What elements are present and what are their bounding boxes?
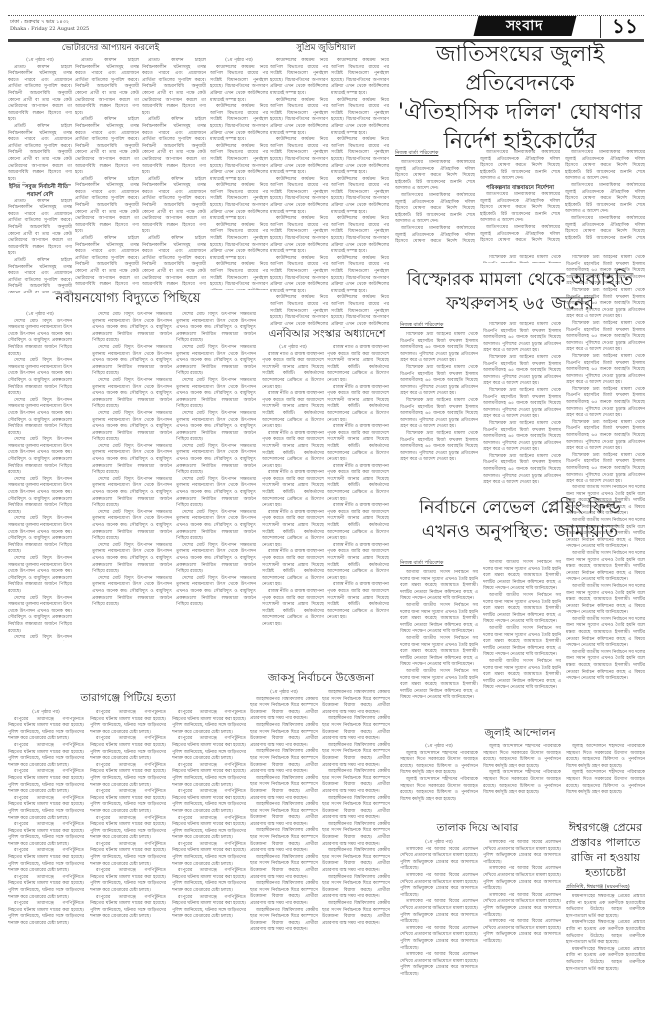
- body-text: দেশের মোট বিদ্যুৎ উৎপাদন সক্ষমতার তুলনায…: [8, 358, 72, 398]
- body-text: দেশের মোট বিদ্যুৎ উৎপাদন সক্ষমতার তুলনায…: [92, 345, 172, 378]
- body-text: রংপুরের তারাগঞ্জে গণপিটুনিতে নিহতের ঘটনা…: [8, 717, 84, 743]
- body-text: জাতিসংঘের মানবাধিকার কার্যালয়ের জুলাই প…: [565, 216, 645, 242]
- body-text: জাহাঙ্গীরনগর বিশ্ববিদ্যালয় কেন্দ্রীয় ছ…: [250, 723, 318, 749]
- body-text: রংপুরের তারাগঞ্জে গণপিটুনিতে নিহতের ঘটনা…: [90, 710, 166, 736]
- body-text: রাজস্ব নীতি ও রাজস্ব ব্যবস্থাপনা পৃথক কর…: [262, 510, 324, 550]
- body-text: প্রতিটি কমিশন চাইলে নির্বাচনকালীন ঘটনাসম…: [8, 124, 72, 183]
- article-body: তালাকের পর আবার বিয়ের প্রলোভন দেখিয়ে প…: [483, 840, 561, 970]
- article-renewable-col3: দেশের মোট বিদ্যুৎ উৎপাদন সক্ষমতার তুলনায…: [176, 312, 256, 642]
- article-level-field-col2: আগামী জাতীয় সংসদ নির্বাচনে সব দলের জন্য…: [483, 560, 561, 720]
- body-text: জাহাঙ্গীরনগর বিশ্ববিদ্যালয় কেন্দ্রীয় ছ…: [250, 908, 318, 934]
- body-text: জাতিসংঘের মানবাধিকার কার্যালয়ের জুলাই প…: [395, 193, 475, 226]
- body-text: জুলাই আন্দোলনে শহীদদের পরিবারকে সহায়তা …: [483, 770, 561, 796]
- article-body: জাতিসংঘের মানবাধিকার কার্যালয়ের জুলাই প…: [395, 160, 475, 244]
- article-body: বিস্ফোরক দ্রব্য আইনের মামলা থেকে বিএনপি …: [566, 255, 645, 485]
- article-renewable-col1: (১ম পৃষ্ঠার পর) দেশের মোট বিদ্যুৎ উৎপাদন…: [8, 312, 72, 642]
- headline-line: রাজি না হওয়ায়: [566, 850, 645, 865]
- article-taraganj-col2: রংপুরের তারাগঞ্জে গণপিটুনিতে নিহতের ঘটনা…: [90, 710, 166, 1005]
- body-text: জাতিসংঘের মানবাধিকার কার্যালয়ের জুলাই প…: [565, 183, 645, 216]
- body-text: ময়মনসিংহের ঈশ্বরগঞ্জে প্রেমের প্রস্তাবে…: [566, 947, 645, 973]
- article-voters-col3: প্রতিটি কমিশন চাইলে নির্বাচনকালীন ঘটনাসম…: [142, 58, 206, 288]
- article-body: আগামী জাতীয় সংসদ নির্বাচনে সব দলের জন্য…: [566, 485, 645, 720]
- article-body: জুলাই আন্দোলনে শহীদদের পরিবারকে সহায়তা …: [566, 744, 645, 816]
- body-text: কাউন্সিলের কার্যক্রম নিয়ে আপিল বিভাগের …: [270, 98, 328, 138]
- article-body: রাজস্ব নীতি ও রাজস্ব ব্যবস্থাপনা পৃথক কর…: [327, 345, 389, 635]
- body-text: জুলাই আন্দোলনে শহীদদের পরিবারকে সহায়তা …: [400, 777, 478, 803]
- continued-note: (১ম পৃষ্ঠার পর): [250, 690, 318, 697]
- body-text: বিস্ফোরক দ্রব্য আইনের মামলা থেকে বিএনপি …: [483, 388, 561, 421]
- body-text: জাতিসংঘের মানবাধিকার কার্যালয়ের জুলাই প…: [480, 225, 560, 242]
- body-text: রংপুরের তারাগঞ্জে গণপিটুনিতে নিহতের ঘটনা…: [8, 796, 84, 822]
- body-text: বিস্ফোরক দ্রব্য আইনের মামলা থেকে বিএনপি …: [483, 255, 561, 263]
- article-jucsu-col2: জাহাঙ্গীরনগর বিশ্ববিদ্যালয় কেন্দ্রীয় ছ…: [322, 690, 390, 1005]
- body-text: রাজস্ব নীতি ও রাজস্ব ব্যবস্থাপনা পৃথক কর…: [262, 549, 324, 589]
- article-divorce-headline: তালাক দিয়ে আবার: [395, 822, 560, 834]
- body-text: রাজস্ব নীতি ও রাজস্ব ব্যবস্থাপনা পৃথক কর…: [262, 431, 324, 471]
- body-text: বিস্ফোরক দ্রব্য আইনের মামলা থেকে বিএনপি …: [566, 288, 645, 321]
- body-text: রংপুরের তারাগঞ্জে গণপিটুনিতে নিহতের ঘটনা…: [90, 842, 166, 868]
- body-text: রংপুরের তারাগঞ্জে গণপিটুনিতে নিহতের ঘটনা…: [172, 842, 246, 868]
- article-voters-headline: ভোটারদের আপ্যায়ন করলেই: [8, 44, 213, 54]
- article-body: রংপুরের তারাগঞ্জে গণপিটুনিতে নিহতের ঘটনা…: [90, 710, 166, 1005]
- body-text: জাহাঙ্গীরনগর বিশ্ববিদ্যালয় কেন্দ্রীয় ছ…: [250, 776, 318, 802]
- dateline: ঢাকা : শুক্রবার ৭ ভাদ্র ১৪৩২ Dhaka : Fri…: [10, 19, 89, 33]
- article-body: জাতিসংঘের মানবাধিকার কার্যালয়ের জুলাই প…: [565, 150, 645, 242]
- article-jucsu-col1: (১ম পৃষ্ঠার পর) জাহাঙ্গীরনগর বিশ্ববিদ্যা…: [250, 690, 318, 1005]
- newspaper-logo: সংবাদ: [474, 16, 577, 36]
- article-nbr-headline: এনবিআর সংস্কার অধ্যাদেশে: [262, 328, 392, 340]
- body-text: কাউন্সিলের কার্যক্রম নিয়ে আপিল বিভাগের …: [331, 98, 389, 138]
- byline: প্রতিনিধি, ঈশ্বরগঞ্জ (ময়মনসিংহ): [566, 884, 645, 892]
- article-taraganj-col3: রংপুরের তারাগঞ্জে গণপিটুনিতে নিহতের ঘটনা…: [172, 710, 246, 1005]
- body-text: কাউন্সিলের কার্যক্রম নিয়ে আপিল বিভাগের …: [331, 177, 389, 217]
- body-text: জুলাই আন্দোলনে শহীদদের পরিবারকে সহায়তা …: [566, 770, 645, 796]
- body-text: জাহাঙ্গীরনগর বিশ্ববিদ্যালয় কেন্দ্রীয় ছ…: [250, 855, 318, 881]
- headline-line: 'ঐতিহাসিক দলিল' ঘোষণার: [395, 98, 645, 127]
- body-text: কাউন্সিলের কার্যক্রম নিয়ে আপিল বিভাগের …: [331, 216, 389, 256]
- article-ishwarganj-body: প্রতিনিধি, ঈশ্বরগঞ্জ (ময়মনসিংহ) ময়মনসি…: [566, 884, 645, 984]
- body-text: কাউন্সিলের কার্যক্রম নিয়ে আপিল বিভাগের …: [270, 137, 328, 177]
- body-text: আগামী জাতীয় সংসদ নির্বাচনে সব দলের জন্য…: [566, 485, 645, 518]
- continued-note: (১ম পৃষ্ঠার পর): [262, 345, 324, 352]
- page-number: ১১: [612, 15, 638, 37]
- body-text: জুলাই আন্দোলনে শহীদদের পরিবারকে সহায়তা …: [483, 744, 561, 770]
- body-text: আগামী জাতীয় সংসদ নির্বাচনে সব দলের জন্য…: [566, 551, 645, 584]
- article-body: জাহাঙ্গীরনগর বিশ্ববিদ্যালয় কেন্দ্রীয় ছ…: [322, 690, 390, 1005]
- continued-note: (১ম পৃষ্ঠার পর): [8, 58, 72, 65]
- body-text: কাউন্সিলের কার্যক্রম নিয়ে আপিল বিভাগের …: [270, 295, 328, 328]
- body-text: কাউন্সিলের কার্যক্রম নিয়ে আপিল বিভাগের …: [270, 256, 328, 296]
- article-renewable-headline: নবায়নযোগ্য বিদ্যুতে পিছিয়ে: [8, 292, 248, 307]
- body-text: জাহাঙ্গীরনগর বিশ্ববিদ্যালয় কেন্দ্রীয় ছ…: [322, 901, 390, 927]
- body-text: প্রতিটি কমিশন চাইলে নির্বাচনকালীন ঘটনাসম…: [75, 177, 139, 236]
- body-text: রাজস্ব নীতি ও রাজস্ব ব্যবস্থাপনা পৃথক কর…: [327, 385, 389, 425]
- body-text: রাজস্ব নীতি ও রাজস্ব ব্যবস্থাপনা পৃথক কর…: [262, 352, 324, 392]
- body-text: রংপুরের তারাগঞ্জে গণপিটুনিতে নিহতের ঘটনা…: [90, 736, 166, 762]
- body-text: কাউন্সিলের কার্যক্রম নিয়ে আপিল বিভাগের …: [210, 144, 268, 184]
- continued-note: (১ম পৃষ্ঠার পর): [400, 744, 478, 751]
- article-nbr-col2: রাজস্ব নীতি ও রাজস্ব ব্যবস্থাপনা পৃথক কর…: [327, 345, 389, 635]
- body-text: বিস্ফোরক দ্রব্য আইনের মামলা থেকে বিএনপি …: [566, 420, 645, 453]
- article-body: দেশের মোট বিদ্যুৎ উৎপাদন সক্ষমতার তুলনায…: [176, 312, 256, 642]
- article-body: কাউন্সিলের কার্যক্রম নিয়ে আপিল বিভাগের …: [331, 58, 389, 328]
- body-text: দেশের মোট বিদ্যুৎ উৎপাদন সক্ষমতার তুলনায…: [176, 543, 256, 576]
- body-text: প্রতিটি কমিশন চাইলে নির্বাচনকালীন ঘটনাসম…: [142, 58, 206, 117]
- article-body: জাহাঙ্গীরনগর বিশ্ববিদ্যালয় কেন্দ্রীয় ছ…: [250, 697, 318, 1004]
- body-text: দেশের মোট বিদ্যুৎ উৎপাদন সক্ষমতার তুলনায…: [176, 510, 256, 543]
- article-blast-col1: নিজস্ব বার্তা পরিবেশক বিস্ফোরক দ্রব্য আই…: [400, 322, 478, 484]
- body-text: কাউন্সিলের কার্যক্রম নিয়ে আপিল বিভাগের …: [331, 137, 389, 177]
- article-body: কাউন্সিলের কার্যক্রম নিয়ে আপিল বিভাগের …: [210, 65, 268, 290]
- body-text: দেশের মোট বিদ্যুৎ উৎপাদন সক্ষমতার তুলনায…: [92, 378, 172, 411]
- article-body: প্রতিটি কমিশন চাইলে নির্বাচনকালীন ঘটনাসম…: [8, 65, 72, 183]
- body-text: দেশের মোট বিদ্যুৎ উৎপাদন সক্ষমতার তুলনায…: [176, 312, 256, 345]
- article-body: প্রতিটি কমিশন চাইলে নির্বাচনকালীন ঘটনাসম…: [142, 58, 206, 288]
- article-voters-col1: (১ম পৃষ্ঠার পর) প্রতিটি কমিশন চাইলে নির্…: [8, 58, 72, 288]
- body-text: কাউন্সিলের কার্যক্রম নিয়ে আপিল বিভাগের …: [270, 216, 328, 256]
- body-text: রংপুরের তারাগঞ্জে গণপিটুনিতে নিহতের ঘটনা…: [90, 789, 166, 815]
- body-text: কাউন্সিলের কার্যক্রম নিয়ে আপিল বিভাগের …: [331, 58, 389, 98]
- body-text: রংপুরের তারাগঞ্জে গণপিটুনিতে নিহতের ঘটনা…: [172, 868, 246, 894]
- body-text: জাতিসংঘের মানবাধিকার কার্যালয়ের জুলাই প…: [395, 226, 475, 244]
- body-text: প্রতিটি কমিশন চাইলে নির্বাচনকালীন ঘটনাসম…: [8, 258, 72, 293]
- body-text: জাহাঙ্গীরনগর বিশ্ববিদ্যালয় কেন্দ্রীয় ছ…: [322, 743, 390, 769]
- body-text: প্রতিটি কমিশন চাইলে নির্বাচনকালীন ঘটনাসম…: [8, 199, 72, 258]
- article-jucsu-headline: জাকসু নির্বাচনে উত্তেজনা: [250, 672, 392, 684]
- body-text: প্রতিটি কমিশন চাইলে নির্বাচনকালীন ঘটনাসম…: [142, 177, 206, 236]
- byline: নিজস্ব বার্তা পরিবেশক: [400, 560, 478, 568]
- body-text: জাহাঙ্গীরনগর বিশ্ববিদ্যালয় কেন্দ্রীয় ছ…: [322, 769, 390, 795]
- body-text: দেশের মোট বিদ্যুৎ উৎপাদন সক্ষমতার তুলনায…: [176, 576, 256, 609]
- continued-note: (১ম পৃষ্ঠার পর): [8, 312, 72, 319]
- body-text: প্রতিটি কমিশন চাইলে নির্বাচনকালীন ঘটনাসম…: [75, 236, 139, 288]
- body-text: আগামী জাতীয় সংসদ নির্বাচনে সব দলের জন্য…: [483, 626, 561, 659]
- body-text: বিস্ফোরক দ্রব্য আইনের মামলা থেকে বিএনপি …: [400, 431, 478, 464]
- body-text: জাহাঙ্গীরনগর বিশ্ববিদ্যালয় কেন্দ্রীয় ছ…: [322, 848, 390, 874]
- body-text: রাজস্ব নীতি ও রাজস্ব ব্যবস্থাপনা পৃথক কর…: [327, 464, 389, 504]
- article-july-movement-headline: জুলাই আন্দোলন: [395, 727, 645, 739]
- article-body: প্রতিটি কমিশন চাইলে নির্বাচনকালীন ঘটনাসম…: [8, 199, 72, 293]
- logo-text: সংবাদ: [506, 16, 543, 36]
- article-supreme-col3: কাউন্সিলের কার্যক্রম নিয়ে আপিল বিভাগের …: [331, 58, 389, 328]
- article-level-field-col1: নিজস্ব বার্তা পরিবেশক আগামী জাতীয় সংসদ …: [400, 560, 478, 720]
- body-text: দেশের মোট বিদ্যুৎ উৎপাদন সক্ষমতার তুলনায…: [92, 444, 172, 477]
- body-text: জাতিসংঘের মানবাধিকার কার্যালয়ের জুলাই প…: [565, 150, 645, 183]
- body-text: দেশের মোট বিদ্যুৎ উৎপাদন সক্ষমতার তুলনায…: [8, 319, 72, 359]
- headline-line: হত্যাচেষ্টা: [566, 865, 645, 880]
- body-text: জাহাঙ্গীরনগর বিশ্ববিদ্যালয় কেন্দ্রীয় ছ…: [322, 690, 390, 716]
- body-text: দেশের মোট বিদ্যুৎ উৎপাদন সক্ষমতার তুলনায…: [8, 516, 72, 556]
- article-un-report-col1: নিজস্ব বার্তা পরিবেশক জাতিসংঘের মানবাধিক…: [395, 150, 475, 242]
- body-text: জুলাই আন্দোলনে শহীদদের পরিবারকে সহায়তা …: [400, 751, 478, 777]
- article-un-report-col2: জাতিসংঘের মানবাধিকার কার্যালয়ের জুলাই প…: [480, 150, 560, 242]
- body-text: রংপুরের তারাগঞ্জে গণপিটুনিতে নিহতের ঘটনা…: [172, 895, 246, 921]
- body-text: জাহাঙ্গীরনগর বিশ্ববিদ্যালয় কেন্দ্রীয় ছ…: [322, 822, 390, 848]
- body-text: জাতিসংঘের মানবাধিকার কার্যালয়ের জুলাই প…: [480, 192, 560, 225]
- article-supreme-judicial-headline: সুপ্রিম জুডিশিয়াল: [262, 44, 390, 54]
- body-text: রাজস্ব নীতি ও রাজস্ব ব্যবস্থাপনা পৃথক কর…: [327, 424, 389, 464]
- body-text: বিস্ফোরক দ্রব্য আইনের মামলা থেকে বিএনপি …: [483, 421, 561, 454]
- body-text: ময়মনসিংহের ঈশ্বরগঞ্জে প্রেমের প্রস্তাবে…: [566, 920, 645, 946]
- body-text: রাজস্ব নীতি ও রাজস্ব ব্যবস্থাপনা পৃথক কর…: [327, 503, 389, 543]
- body-text: বিস্ফোরক দ্রব্য আইনের মামলা থেকে বিএনপি …: [566, 453, 645, 485]
- body-text: দেশের মোট বিদ্যুৎ উৎপাদন সক্ষমতার তুলনায…: [92, 543, 172, 576]
- body-text: তালাকের পর আবার বিয়ের প্রলোভন দেখিয়ে প…: [400, 873, 478, 899]
- body-text: রংপুরের তারাগঞ্জে গণপিটুনিতে নিহতের ঘটনা…: [172, 789, 246, 815]
- body-text: জাহাঙ্গীরনগর বিশ্ববিদ্যালয় কেন্দ্রীয় ছ…: [322, 875, 390, 901]
- continued-note: (১ম পৃষ্ঠার পর): [8, 710, 84, 717]
- body-text: দেশের মোট বিদ্যুৎ উৎপাদন সক্ষমতার তুলনায…: [92, 312, 172, 345]
- article-body: বিস্ফোরক দ্রব্য আইনের মামলা থেকে বিএনপি …: [483, 322, 561, 484]
- dateline-english: Dhaka : Friday 22 August 2025: [10, 26, 89, 33]
- article-blast-col3: বিস্ফোরক দ্রব্য আইনের মামলা থেকে বিএনপি …: [566, 255, 645, 485]
- body-text: প্রতিটি কমিশন চাইলে নির্বাচনকালীন ঘটনাসম…: [142, 117, 206, 176]
- article-ishwarganj-headline: ঈশ্বরগঞ্জে প্রেমের প্রস্তাবঃ পালাতে রাজি…: [566, 820, 645, 880]
- article-body: রংপুরের তারাগঞ্জে গণপিটুনিতে নিহতের ঘটনা…: [8, 717, 84, 1004]
- article-body: বিস্ফোরক দ্রব্য আইনের মামলা থেকে বিএনপি …: [483, 255, 561, 263]
- article-body: জাতিসংঘের মানবাধিকার কার্যালয়ের জুলাই প…: [480, 150, 560, 184]
- body-text: জাতিসংঘের মানবাধিকার কার্যালয়ের জুলাই প…: [480, 150, 560, 183]
- body-text: রংপুরের তারাগঞ্জে গণপিটুনিতে নিহতের ঘটনা…: [8, 901, 84, 927]
- article-body: জাতিসংঘের মানবাধিকার কার্যালয়ের জুলাই প…: [480, 192, 560, 242]
- body-text: দেশের মোট বিদ্যুৎ উৎপাদন সক্ষমতার তুলনায…: [176, 477, 256, 510]
- article-nbr-col1: (১ম পৃষ্ঠার পর) রাজস্ব নীতি ও রাজস্ব ব্য…: [262, 345, 324, 635]
- headline-line: প্রস্তাবঃ পালাতে: [566, 835, 645, 850]
- body-text: কাউন্সিলের কার্যক্রম নিয়ে আপিল বিভাগের …: [270, 58, 328, 98]
- body-text: কাউন্সিলের কার্যক্রম নিয়ে আপিল বিভাগের …: [210, 183, 268, 223]
- article-body: ময়মনসিংহের ঈশ্বরগঞ্জে প্রেমের প্রস্তাবে…: [566, 894, 645, 986]
- body-text: আগামী জাতীয় সংসদ নির্বাচনে সব দলের জন্য…: [566, 584, 645, 617]
- body-text: তালাকের পর আবার বিয়ের প্রলোভন দেখিয়ে প…: [483, 840, 561, 866]
- body-text: প্রতিটি কমিশন চাইলে নির্বাচনকালীন ঘটনাসম…: [142, 236, 206, 288]
- body-text: প্রতিটি কমিশন চাইলে নির্বাচনকালীন ঘটনাসম…: [8, 65, 72, 124]
- byline: নিজস্ব বার্তা পরিবেশক: [395, 150, 475, 158]
- body-text: রাজস্ব নীতি ও রাজস্ব ব্যবস্থাপনা পৃথক কর…: [327, 345, 389, 385]
- body-text: বিস্ফোরক দ্রব্য আইনের মামলা থেকে বিএনপি …: [483, 322, 561, 355]
- body-text: দেশের মোট বিদ্যুৎ উৎপাদন সক্ষমতার তুলনায…: [176, 444, 256, 477]
- body-text: আগামী জাতীয় সংসদ নির্বাচনে সব দলের জন্য…: [566, 617, 645, 650]
- article-divorce-col2: তালাকের পর আবার বিয়ের প্রলোভন দেখিয়ে প…: [483, 840, 561, 970]
- body-text: দেশের মোট বিদ্যুৎ উৎপাদন সক্ষমতার তুলনায…: [8, 477, 72, 517]
- body-text: রংপুরের তারাগঞ্জে গণপিটুনিতে নিহতের ঘটনা…: [8, 848, 84, 874]
- body-text: দেশের মোট বিদ্যুৎ উৎপাদন সক্ষমতার তুলনায…: [8, 596, 72, 636]
- continued-note: (১ম পৃষ্ঠার পর): [400, 840, 478, 847]
- continued-note: (১ম পৃষ্ঠার পর): [210, 58, 268, 65]
- body-text: জাহাঙ্গীরনগর বিশ্ববিদ্যালয় কেন্দ্রীয় ছ…: [250, 881, 318, 907]
- article-body: দেশের মোট বিদ্যুৎ উৎপাদন সক্ষমতার তুলনায…: [92, 312, 172, 642]
- dateline-bengali: ঢাকা : শুক্রবার ৭ ভাদ্র ১৪৩২: [10, 19, 89, 26]
- body-text: বিস্ফোরক দ্রব্য আইনের মামলা থেকে বিএনপি …: [400, 398, 478, 431]
- article-july-col2: জুলাই আন্দোলনে শহীদদের পরিবারকে সহায়তা …: [483, 744, 561, 816]
- body-text: আগামী জাতীয় সংসদ নির্বাচনে সব দলের জন্য…: [483, 560, 561, 593]
- body-text: তালাকের পর আবার বিয়ের প্রলোভন দেখিয়ে প…: [483, 866, 561, 892]
- body-text: রাজস্ব নীতি ও রাজস্ব ব্যবস্থাপনা পৃথক কর…: [327, 582, 389, 622]
- article-subheadline: পরিকল্পনার বাস্তবায়নে নির্দেশনা: [480, 184, 560, 192]
- body-text: বিস্ফোরক দ্রব্য আইনের মামলা থেকে বিএনপি …: [566, 387, 645, 420]
- body-text: প্রতিটি কমিশন চাইলে নির্বাচনকালীন ঘটনাসম…: [75, 117, 139, 176]
- article-july-col1: (১ম পৃষ্ঠার পর) জুলাই আন্দোলনে শহীদদের প…: [400, 744, 478, 816]
- article-supreme-col1: (১ম পৃষ্ঠার পর) কাউন্সিলের কার্যক্রম নিয…: [210, 58, 268, 290]
- body-text: দেশের মোট বিদ্যুৎ উৎপাদন সক্ষমতার তুলনায…: [8, 437, 72, 477]
- body-text: আগামী জাতীয় সংসদ নির্বাচনে সব দলের জন্য…: [400, 669, 478, 702]
- body-text: আগামী জাতীয় সংসদ নির্বাচনে সব দলের জন্য…: [400, 570, 478, 603]
- body-text: রংপুরের তারাগঞ্জে গণপিটুনিতে নিহতের ঘটনা…: [90, 763, 166, 789]
- body-text: দেশের মোট বিদ্যুৎ উৎপাদন সক্ষমতার তুলনায…: [176, 411, 256, 444]
- article-body: বিস্ফোরক দ্রব্য আইনের মামলা থেকে বিএনপি …: [400, 332, 478, 486]
- body-text: জুলাই আন্দোলনে শহীদদের পরিবারকে সহায়তা …: [566, 744, 645, 770]
- body-text: আগামী জাতীয় সংসদ নির্বাচনে সব দলের জন্য…: [400, 636, 478, 669]
- body-text: জাহাঙ্গীরনগর বিশ্ববিদ্যালয় কেন্দ্রীয় ছ…: [250, 697, 318, 723]
- body-text: রংপুরের তারাগঞ্জে গণপিটুনিতে নিহতের ঘটনা…: [90, 895, 166, 921]
- body-text: রংপুরের তারাগঞ্জে গণপিটুনিতে নিহতের ঘটনা…: [8, 822, 84, 848]
- headline-line: জাতিসংঘের জুলাই প্রতিবেদনকে: [395, 40, 645, 98]
- body-text: আগামী জাতীয় সংসদ নির্বাচনে সব দলের জন্য…: [566, 650, 645, 683]
- body-text: জাহাঙ্গীরনগর বিশ্ববিদ্যালয় কেন্দ্রীয় ছ…: [250, 749, 318, 775]
- body-text: বিস্ফোরক দ্রব্য আইনের মামলা থেকে বিএনপি …: [400, 332, 478, 365]
- article-body: জুলাই আন্দোলনে শহীদদের পরিবারকে সহায়তা …: [483, 744, 561, 816]
- body-text: জাহাঙ্গীরনগর বিশ্ববিদ্যালয় কেন্দ্রীয় ছ…: [322, 716, 390, 742]
- body-text: তালাকের পর আবার বিয়ের প্রলোভন দেখিয়ে প…: [400, 899, 478, 925]
- body-text: দেশের মোট বিদ্যুৎ উৎপাদন সক্ষমতার তুলনায…: [8, 635, 72, 641]
- body-text: রংপুরের তারাগঞ্জে গণপিটুনিতে নিহতের ঘটনা…: [90, 868, 166, 894]
- body-text: কাউন্সিলের কার্যক্রম নিয়ে আপিল বিভাগের …: [210, 104, 268, 144]
- article-body: জুলাই আন্দোলনে শহীদদের পরিবারকে সহায়তা …: [400, 751, 478, 815]
- body-text: রংপুরের তারাগঞ্জে গণপিটুনিতে নিহতের ঘটনা…: [172, 710, 246, 736]
- article-body: আগামী জাতীয় সংসদ নির্বাচনে সব দলের জন্য…: [483, 560, 561, 720]
- body-text: দেশের মোট বিদ্যুৎ উৎপাদন সক্ষমতার তুলনায…: [92, 576, 172, 609]
- body-text: দেশের মোট বিদ্যুৎ উৎপাদন সক্ষমতার তুলনায…: [92, 510, 172, 543]
- body-text: কাউন্সিলের কার্যক্রম নিয়ে আপিল বিভাগের …: [210, 223, 268, 263]
- article-july-col3: জুলাই আন্দোলনে শহীদদের পরিবারকে সহায়তা …: [566, 744, 645, 816]
- body-text: তালাকের পর আবার বিয়ের প্রলোভন দেখিয়ে প…: [483, 893, 561, 919]
- body-text: দেশের মোট বিদ্যুৎ উৎপাদন সক্ষমতার তুলনায…: [8, 398, 72, 438]
- body-text: তালাকের পর আবার বিয়ের প্রলোভন দেখিয়ে প…: [483, 919, 561, 945]
- body-text: রংপুরের তারাগঞ্জে গণপিটুনিতে নিহতের ঘটনা…: [8, 743, 84, 769]
- article-subheadline: ইসির "সবুজ নির্বাচনী নীতি" পরামর্শ বেশি: [8, 183, 72, 199]
- body-text: আগামী জাতীয় সংসদ নির্বাচনে সব দলের জন্য…: [483, 593, 561, 626]
- body-text: বিস্ফোরক দ্রব্য আইনের মামলা থেকে বিএনপি …: [483, 454, 561, 484]
- body-text: দেশের মোট বিদ্যুৎ উৎপাদন সক্ষমতার তুলনায…: [92, 411, 172, 444]
- body-text: প্রতিটি কমিশন চাইলে নির্বাচনকালীন ঘটনাসম…: [75, 58, 139, 117]
- body-text: বিস্ফোরক দ্রব্য আইনের মামলা থেকে বিএনপি …: [566, 255, 645, 288]
- article-divorce-col1: (১ম পৃষ্ঠার পর) তালাকের পর আবার বিয়ের প…: [400, 840, 478, 1010]
- body-text: রংপুরের তারাগঞ্জে গণপিটুনিতে নিহতের ঘটনা…: [8, 769, 84, 795]
- article-taraganj-col1: (১ম পৃষ্ঠার পর) রংপুরের তারাগঞ্জে গণপিটু…: [8, 710, 84, 1005]
- body-text: কাউন্সিলের কার্যক্রম নিয়ে আপিল বিভাগের …: [331, 295, 389, 328]
- body-text: দেশের মোট বিদ্যুৎ উৎপাদন সক্ষমতার তুলনায…: [92, 477, 172, 510]
- article-renewable-col2: দেশের মোট বিদ্যুৎ উৎপাদন সক্ষমতার তুলনায…: [92, 312, 172, 642]
- article-body: রংপুরের তারাগঞ্জে গণপিটুনিতে নিহতের ঘটনা…: [172, 710, 246, 1005]
- article-blast-col2b: বিস্ফোরক দ্রব্য আইনের মামলা থেকে বিএনপি …: [483, 322, 561, 484]
- article-body: প্রতিটি কমিশন চাইলে নির্বাচনকালীন ঘটনাসম…: [75, 58, 139, 288]
- body-text: রাজস্ব নীতি ও রাজস্ব ব্যবস্থাপনা পৃথক কর…: [327, 543, 389, 583]
- body-text: জাহাঙ্গীরনগর বিশ্ববিদ্যালয় কেন্দ্রীয় ছ…: [250, 828, 318, 854]
- body-text: কাউন্সিলের কার্যক্রম নিয়ে আপিল বিভাগের …: [210, 262, 268, 289]
- article-un-report-col3: জাতিসংঘের মানবাধিকার কার্যালয়ের জুলাই প…: [565, 150, 645, 242]
- body-text: রংপুরের তারাগঞ্জে গণপিটুনিতে নিহতের ঘটনা…: [172, 816, 246, 842]
- body-text: তালাকের পর আবার বিয়ের প্রলোভন দেখিয়ে প…: [400, 952, 478, 978]
- body-text: বিস্ফোরক দ্রব্য আইনের মামলা থেকে বিএনপি …: [566, 354, 645, 387]
- body-text: বিস্ফোরক দ্রব্য আইনের মামলা থেকে বিএনপি …: [566, 321, 645, 354]
- article-supreme-col2: কাউন্সিলের কার্যক্রম নিয়ে আপিল বিভাগের …: [270, 58, 328, 328]
- body-text: রংপুরের তারাগঞ্জে গণপিটুনিতে নিহতের ঘটনা…: [172, 763, 246, 789]
- byline: নিজস্ব বার্তা পরিবেশক: [400, 322, 478, 330]
- body-text: রাজস্ব নীতি ও রাজস্ব ব্যবস্থাপনা পৃথক কর…: [262, 589, 324, 629]
- article-body: রাজস্ব নীতি ও রাজস্ব ব্যবস্থাপনা পৃথক কর…: [262, 352, 324, 634]
- article-voters-col2: প্রতিটি কমিশন চাইলে নির্বাচনকালীন ঘটনাসম…: [75, 58, 139, 288]
- article-body: কাউন্সিলের কার্যক্রম নিয়ে আপিল বিভাগের …: [270, 58, 328, 328]
- body-text: দেশের মোট বিদ্যুৎ উৎপাদন সক্ষমতার তুলনায…: [176, 378, 256, 411]
- body-text: কাউন্সিলের কার্যক্রম নিয়ে আপিল বিভাগের …: [210, 65, 268, 105]
- body-text: ময়মনসিংহের ঈশ্বরগঞ্জে প্রেমের প্রস্তাবে…: [566, 894, 645, 920]
- body-text: রংপুরের তারাগঞ্জে গণপিটুনিতে নিহতের ঘটনা…: [90, 816, 166, 842]
- body-text: বিস্ফোরক দ্রব্য আইনের মামলা থেকে বিএনপি …: [400, 365, 478, 398]
- body-text: দেশের মোট বিদ্যুৎ উৎপাদন সক্ষমতার তুলনায…: [8, 556, 72, 596]
- body-text: আগামী জাতীয় সংসদ নির্বাচনে সব দলের জন্য…: [400, 603, 478, 636]
- body-text: কাউন্সিলের কার্যক্রম নিয়ে আপিল বিভাগের …: [270, 177, 328, 217]
- body-text: জাহাঙ্গীরনগর বিশ্ববিদ্যালয় কেন্দ্রীয় ছ…: [322, 796, 390, 822]
- body-text: দেশের মোট বিদ্যুৎ উৎপাদন সক্ষমতার তুলনায…: [176, 345, 256, 378]
- headline-line: ঈশ্বরগঞ্জে প্রেমের: [566, 820, 645, 835]
- article-taraganj-headline: তারাগঞ্জে পিটিয়ে হত্যা: [8, 692, 248, 704]
- body-text: জাহাঙ্গীরনগর বিশ্ববিদ্যালয় কেন্দ্রীয় ছ…: [250, 802, 318, 828]
- body-text: জাতিসংঘের মানবাধিকার কার্যালয়ের জুলাই প…: [395, 160, 475, 193]
- body-text: বিস্ফোরক দ্রব্য আইনের মামলা থেকে বিএনপি …: [483, 355, 561, 388]
- body-text: আগামী জাতীয় সংসদ নির্বাচনে সব দলের জন্য…: [483, 659, 561, 692]
- article-body: আগামী জাতীয় সংসদ নির্বাচনে সব দলের জন্য…: [400, 570, 478, 722]
- article-body: তালাকের পর আবার বিয়ের প্রলোভন দেখিয়ে প…: [400, 847, 478, 1009]
- article-level-field-col3: আগামী জাতীয় সংসদ নির্বাচনে সব দলের জন্য…: [566, 485, 645, 720]
- body-text: রাজস্ব নীতি ও রাজস্ব ব্যবস্থাপনা পৃথক কর…: [262, 391, 324, 431]
- body-text: রংপুরের তারাগঞ্জে গণপিটুনিতে নিহতের ঘটনা…: [172, 736, 246, 762]
- body-text: তালাকের পর আবার বিয়ের প্রলোভন দেখিয়ে প…: [400, 847, 478, 873]
- masthead-divider: [600, 16, 601, 38]
- article-un-report-headline: জাতিসংঘের জুলাই প্রতিবেদনকে 'ঐতিহাসিক দল…: [395, 40, 645, 156]
- body-text: রাজস্ব নীতি ও রাজস্ব ব্যবস্থাপনা পৃথক কর…: [262, 470, 324, 510]
- body-text: আগামী জাতীয় সংসদ নির্বাচনে সব দলের জন্য…: [566, 518, 645, 551]
- article-body: দেশের মোট বিদ্যুৎ উৎপাদন সক্ষমতার তুলনায…: [8, 319, 72, 641]
- body-text: রংপুরের তারাগঞ্জে গণপিটুনিতে নিহতের ঘটনা…: [8, 875, 84, 901]
- body-text: কাউন্সিলের কার্যক্রম নিয়ে আপিল বিভাগের …: [331, 256, 389, 296]
- masthead: ঢাকা : শুক্রবার ৭ ভাদ্র ১৪৩২ Dhaka : Fri…: [8, 12, 644, 38]
- body-text: তালাকের পর আবার বিয়ের প্রলোভন দেখিয়ে প…: [400, 926, 478, 952]
